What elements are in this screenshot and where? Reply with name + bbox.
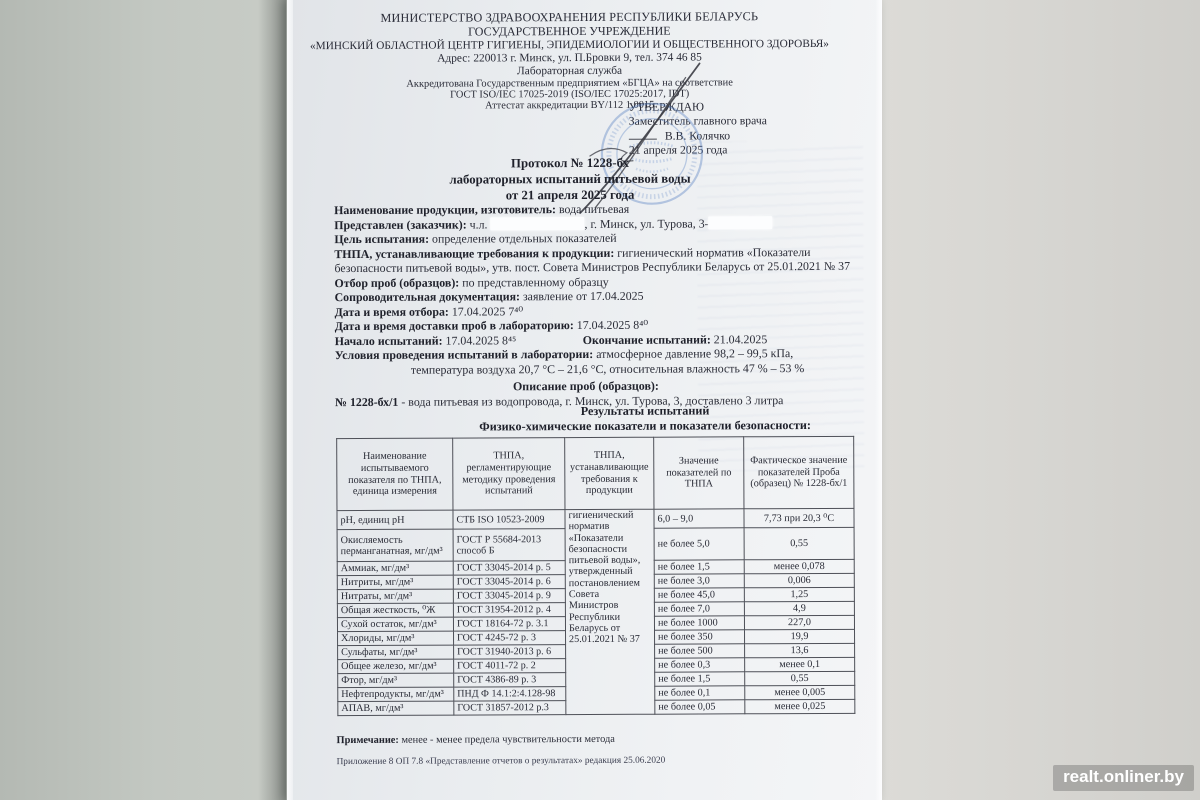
form-footer: Приложение 8 ОП 7.8 «Представление отчет… xyxy=(337,756,666,767)
col-header-requirements: ТНПА, устанавливающие требования к проду… xyxy=(565,437,654,509)
col-header-indicator: Наименование испытываемого показателя по… xyxy=(337,438,453,511)
document-content: МИНИСТЕРСТВО ЗДРАВООХРАНЕНИЯ РЕСПУБЛИКИ … xyxy=(284,0,883,800)
paper-document: МИНИСТЕРСТВО ЗДРАВООХРАНЕНИЯ РЕСПУБЛИКИ … xyxy=(286,0,882,800)
requirement-cell: гигиенический норматив «Показатели безоп… xyxy=(565,509,655,714)
watermark: realt.onliner.by xyxy=(1053,765,1194,791)
results-headings: Результаты испытаний Физико-химические п… xyxy=(400,403,890,435)
protocol-title: Протокол № 1228-бх лабораторных испытани… xyxy=(325,154,815,204)
photo-scene: МИНИСТЕРСТВО ЗДРАВООХРАНЕНИЯ РЕСПУБЛИКИ … xyxy=(0,0,1200,800)
desk-surface-right xyxy=(880,0,1200,800)
col-header-limit: Значение показателей по ТНПА xyxy=(654,437,744,509)
field-test-end: Окончание испытаний: 21.04.2025 xyxy=(583,332,768,347)
table-note: Примечание: менее - менее предела чувств… xyxy=(336,734,614,746)
ministry-line: МИНИСТЕРСТВО ЗДРАВООХРАНЕНИЯ РЕСПУБЛИКИ … xyxy=(324,9,814,26)
table-header-row: Наименование испытываемого показателя по… xyxy=(337,436,854,510)
table-row: рН, единиц рН СТБ ISO 10523-2009 гигиени… xyxy=(337,508,854,529)
desk-surface-left xyxy=(0,0,286,800)
results-subheading: Физико-химические показатели и показател… xyxy=(400,417,890,435)
redaction-box xyxy=(490,217,584,230)
col-header-actual: Фактическое значение показателей Проба (… xyxy=(744,436,854,508)
field-conditions-2: температура воздуха 20,7 °С – 21,6 °С, о… xyxy=(335,361,851,378)
col-header-method: ТНПА, регламентирующие методику проведен… xyxy=(453,438,565,510)
paper-edge-shadow xyxy=(258,0,286,800)
results-table: Наименование испытываемого показателя по… xyxy=(336,436,855,716)
field-tnpa: ТНПА, устанавливающие требования к проду… xyxy=(334,244,850,275)
protocol-fields: Наименование продукции, изготовитель: во… xyxy=(334,201,851,378)
redaction-box xyxy=(709,216,773,229)
